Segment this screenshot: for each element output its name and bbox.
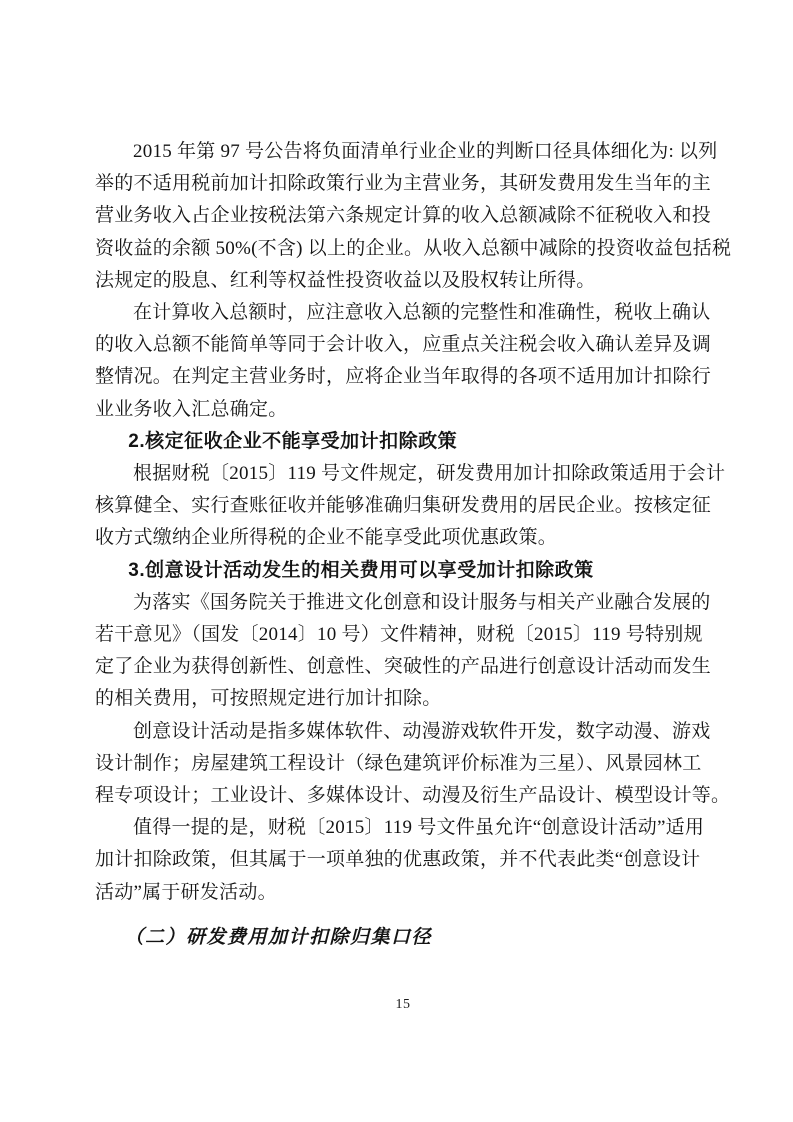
text-line: 定了企业为获得创新性、创意性、突破性的产品进行创意设计活动而发生 <box>95 651 711 683</box>
text-line: 的相关费用，可按照规定进行加计扣除。 <box>95 683 711 715</box>
section-heading-collection-scope: （二）研发费用加计扣除归集口径 <box>95 922 711 954</box>
text-line: 设计制作；房屋建筑工程设计（绿色建筑评价标准为三星）、风景园林工 <box>95 748 711 780</box>
heading-3-creative-design: 3.创意设计活动发生的相关费用可以享受加计扣除政策 <box>95 555 711 587</box>
paragraph-negative-list-criteria: 2015 年第 97 号公告将负面清单行业企业的判断口径具体细化为: 以列举的不… <box>95 136 711 297</box>
text-line: 整情况。在判定主营业务时，应将企业当年取得的各项不适用加计扣除行 <box>95 361 711 393</box>
text-line: 的收入总额不能简单等同于会计收入，应重点关注税会收入确认差异及调 <box>95 329 711 361</box>
paragraph-total-income-calculation: 在计算收入总额时，应注意收入总额的完整性和准确性，税收上确认的收入总额不能简单等… <box>95 297 711 426</box>
text-line: 值得一提的是，财税〔2015〕119 号文件虽允许“创意设计活动”适用 <box>95 812 711 844</box>
text-line: 法规定的股息、红利等权益性投资收益以及股权转让所得。 <box>95 265 711 297</box>
text-line: 资收益的余额 50%(不含) 以上的企业。从收入总额中减除的投资收益包括税 <box>95 233 711 265</box>
paragraph-creative-design-policy: 为落实《国务院关于推进文化创意和设计服务与相关产业融合发展的若干意见》（国发〔2… <box>95 587 711 716</box>
document-page: 2015 年第 97 号公告将负面清单行业企业的判断口径具体细化为: 以列举的不… <box>0 0 793 1122</box>
text-line: 创意设计活动是指多媒体软件、动漫游戏软件开发，数字动漫、游戏 <box>95 716 711 748</box>
text-line: 举的不适用税前加计扣除政策行业为主营业务，其研发费用发生当年的主 <box>95 168 711 200</box>
text-line: 为落实《国务院关于推进文化创意和设计服务与相关产业融合发展的 <box>95 587 711 619</box>
text-line: 在计算收入总额时，应注意收入总额的完整性和准确性，税收上确认 <box>95 297 711 329</box>
text-line: 收方式缴纳企业所得税的企业不能享受此项优惠政策。 <box>95 522 711 554</box>
text-line: 程专项设计；工业设计、多媒体设计、动漫及衍生产品设计、模型设计等。 <box>95 780 711 812</box>
paragraph-creative-design-scope: 创意设计活动是指多媒体软件、动漫游戏软件开发，数字动漫、游戏设计制作；房屋建筑工… <box>95 716 711 813</box>
text-line: 若干意见》（国发〔2014〕10 号）文件精神，财税〔2015〕119 号特别规 <box>95 619 711 651</box>
text-line: 加计扣除政策，但其属于一项单独的优惠政策，并不代表此类“创意设计 <box>95 844 711 876</box>
text-line: 2015 年第 97 号公告将负面清单行业企业的判断口径具体细化为: 以列 <box>95 136 711 168</box>
page-content: 2015 年第 97 号公告将负面清单行业企业的判断口径具体细化为: 以列举的不… <box>95 136 711 954</box>
text-line: 核算健全、实行查账征收并能够准确归集研发费用的居民企业。按核定征 <box>95 490 711 522</box>
text-line: 根据财税〔2015〕119 号文件规定，研发费用加计扣除政策适用于会计 <box>95 458 711 490</box>
text-line: 活动”属于研发活动。 <box>95 877 711 909</box>
heading-2-approved-collection: 2.核定征收企业不能享受加计扣除政策 <box>95 426 711 458</box>
paragraph-creative-design-note: 值得一提的是，财税〔2015〕119 号文件虽允许“创意设计活动”适用加计扣除政… <box>95 812 711 909</box>
text-line: 业业务收入汇总确定。 <box>95 394 711 426</box>
text-line: 营业务收入占企业按税法第六条规定计算的收入总额减除不征税收入和投 <box>95 200 711 232</box>
paragraph-caishui-2015-119-rule: 根据财税〔2015〕119 号文件规定，研发费用加计扣除政策适用于会计核算健全、… <box>95 458 711 555</box>
page-number: 15 <box>95 997 711 1013</box>
